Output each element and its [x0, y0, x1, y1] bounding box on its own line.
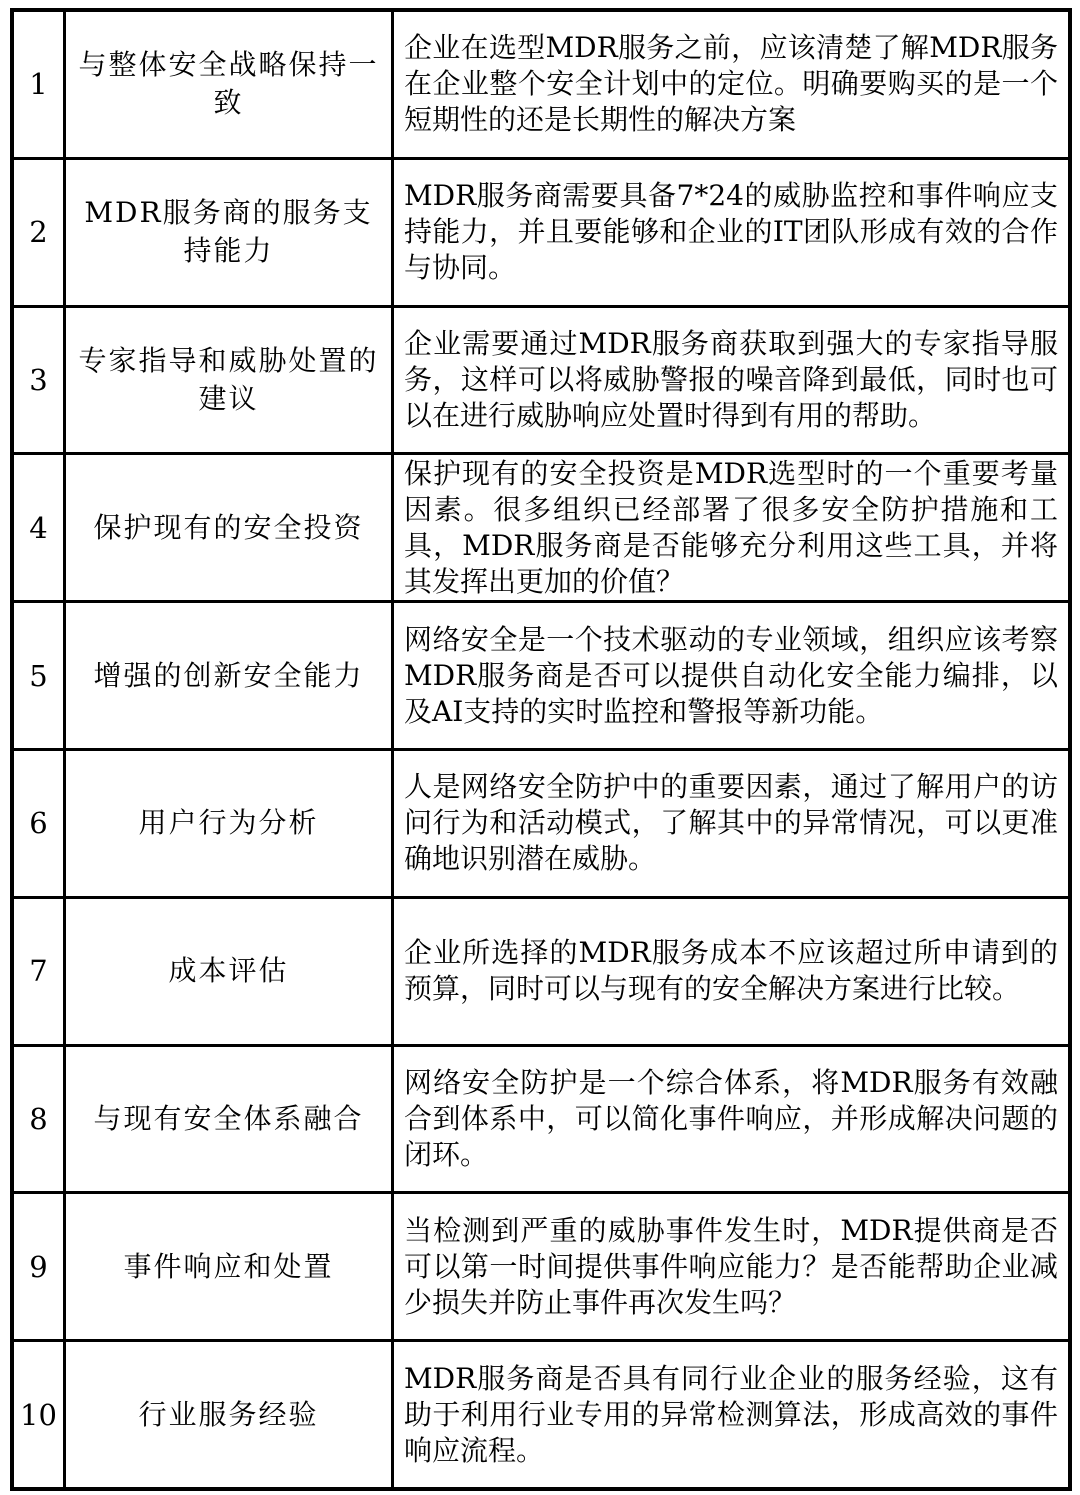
table-row: 6 用户行为分析 人是网络安全防护中的重要因素，通过了解用户的访问行为和活动模式… [14, 751, 1068, 899]
table-row: 1 与整体安全战略保持一致 企业在选型MDR服务之前，应该清楚了解MDR服务在企… [14, 12, 1068, 160]
table-row: 4 保护现有的安全投资 保护现有的安全投资是MDR选型时的一个重要考量因素。很多… [14, 455, 1068, 603]
row-number-cell: 6 [14, 751, 66, 896]
factor-description-cell: 网络安全是一个技术驱动的专业领域，组织应该考察MDR服务商是否可以提供自动化安全… [394, 603, 1068, 748]
factor-description-text: 企业在选型MDR服务之前，应该清楚了解MDR服务在企业整个安全计划中的定位。明确… [404, 30, 1058, 138]
factor-description-text: MDR服务商需要具备7*24的威胁监控和事件响应支持能力，并且要能够和企业的IT… [404, 178, 1058, 286]
row-number-cell: 9 [14, 1194, 66, 1339]
table-row: 10 行业服务经验 MDR服务商是否具有同行业企业的服务经验，这有助于利用行业专… [14, 1342, 1068, 1487]
factor-description-text: 企业所选择的MDR服务成本不应该超过所申请到的预算，同时可以与现有的安全解决方案… [404, 935, 1058, 1007]
factor-description-cell: 当检测到严重的威胁事件发生时，MDR提供商是否可以第一时间提供事件响应能力？是否… [394, 1194, 1068, 1339]
table-row: 5 增强的创新安全能力 网络安全是一个技术驱动的专业领域，组织应该考察MDR服务… [14, 603, 1068, 751]
factor-description-cell: 企业在选型MDR服务之前，应该清楚了解MDR服务在企业整个安全计划中的定位。明确… [394, 12, 1068, 157]
row-number-cell: 7 [14, 899, 66, 1044]
factor-title-cell: 增强的创新安全能力 [66, 603, 394, 748]
factor-title-cell: 成本评估 [66, 899, 394, 1044]
row-number-cell: 4 [14, 455, 66, 600]
factor-description-text: MDR服务商是否具有同行业企业的服务经验，这有助于利用行业专用的异常检测算法，形… [404, 1361, 1058, 1469]
factor-description-text: 网络安全是一个技术驱动的专业领域，组织应该考察MDR服务商是否可以提供自动化安全… [404, 622, 1058, 730]
factor-title-cell: MDR服务商的服务支持能力 [66, 160, 394, 305]
factor-title-cell: 行业服务经验 [66, 1342, 394, 1487]
factor-description-text: 网络安全防护是一个综合体系，将MDR服务有效融合到体系中，可以简化事件响应，并形… [404, 1065, 1058, 1173]
row-number-cell: 5 [14, 603, 66, 748]
factor-description-cell: 企业需要通过MDR服务商获取到强大的专家指导服务，这样可以将威胁警报的噪音降到最… [394, 308, 1068, 453]
row-number-cell: 10 [14, 1342, 66, 1487]
factor-title-cell: 保护现有的安全投资 [66, 455, 394, 600]
factor-description-cell: 保护现有的安全投资是MDR选型时的一个重要考量因素。很多组织已经部署了很多安全防… [394, 455, 1068, 600]
row-number-cell: 1 [14, 12, 66, 157]
factor-title-cell: 事件响应和处置 [66, 1194, 394, 1339]
table-row: 8 与现有安全体系融合 网络安全防护是一个综合体系，将MDR服务有效融合到体系中… [14, 1047, 1068, 1195]
factor-description-text: 当检测到严重的威胁事件发生时，MDR提供商是否可以第一时间提供事件响应能力？是否… [404, 1213, 1058, 1321]
row-number-cell: 2 [14, 160, 66, 305]
factor-title-cell: 与整体安全战略保持一致 [66, 12, 394, 157]
factor-description-cell: 网络安全防护是一个综合体系，将MDR服务有效融合到体系中，可以简化事件响应，并形… [394, 1047, 1068, 1192]
factor-title-cell: 专家指导和威胁处置的建议 [66, 308, 394, 453]
factor-description-cell: MDR服务商是否具有同行业企业的服务经验，这有助于利用行业专用的异常检测算法，形… [394, 1342, 1068, 1487]
table-row: 9 事件响应和处置 当检测到严重的威胁事件发生时，MDR提供商是否可以第一时间提… [14, 1194, 1068, 1342]
factor-description-text: 人是网络安全防护中的重要因素，通过了解用户的访问行为和活动模式，了解其中的异常情… [404, 769, 1058, 877]
row-number-cell: 3 [14, 308, 66, 453]
table-row: 3 专家指导和威胁处置的建议 企业需要通过MDR服务商获取到强大的专家指导服务，… [14, 308, 1068, 456]
row-number-cell: 8 [14, 1047, 66, 1192]
document-page: 1 与整体安全战略保持一致 企业在选型MDR服务之前，应该清楚了解MDR服务在企… [0, 0, 1080, 1495]
table-row: 2 MDR服务商的服务支持能力 MDR服务商需要具备7*24的威胁监控和事件响应… [14, 160, 1068, 308]
factor-title-cell: 与现有安全体系融合 [66, 1047, 394, 1192]
factor-description-text: 企业需要通过MDR服务商获取到强大的专家指导服务，这样可以将威胁警报的噪音降到最… [404, 326, 1058, 434]
mdr-selection-factors-table: 1 与整体安全战略保持一致 企业在选型MDR服务之前，应该清楚了解MDR服务在企… [10, 8, 1072, 1491]
factor-description-text: 保护现有的安全投资是MDR选型时的一个重要考量因素。很多组织已经部署了很多安全防… [404, 456, 1058, 600]
factor-title-cell: 用户行为分析 [66, 751, 394, 896]
factor-description-cell: MDR服务商需要具备7*24的威胁监控和事件响应支持能力，并且要能够和企业的IT… [394, 160, 1068, 305]
table-row: 7 成本评估 企业所选择的MDR服务成本不应该超过所申请到的预算，同时可以与现有… [14, 899, 1068, 1047]
factor-description-cell: 企业所选择的MDR服务成本不应该超过所申请到的预算，同时可以与现有的安全解决方案… [394, 899, 1068, 1044]
factor-description-cell: 人是网络安全防护中的重要因素，通过了解用户的访问行为和活动模式，了解其中的异常情… [394, 751, 1068, 896]
